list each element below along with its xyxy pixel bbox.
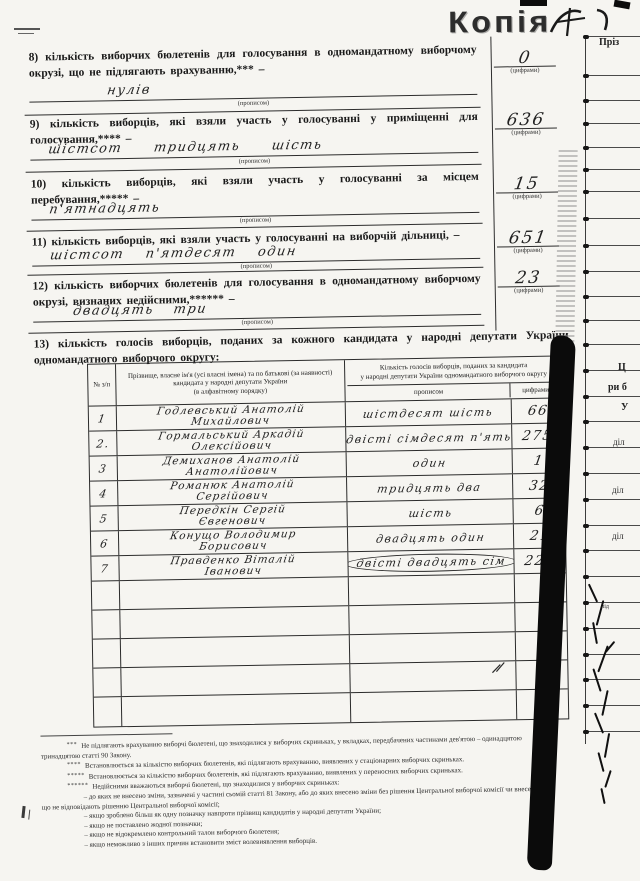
- item-10-digits: 15 (цифрами): [496, 173, 558, 200]
- adjacent-page-text-fragment: Пріз: [599, 37, 619, 48]
- adjacent-row-line: [586, 147, 640, 148]
- adjacent-row-line: [586, 344, 640, 345]
- adjacent-fragment: діл: [612, 485, 624, 495]
- item-12-digits: 23 (цифрами): [497, 267, 559, 294]
- adjacent-fragment: діл: [613, 437, 625, 447]
- adjacent-row-line: [586, 218, 640, 219]
- candidate-name: Конущо Володимир Борисович: [119, 527, 348, 555]
- adjacent-row-line: [586, 421, 640, 422]
- item-11-digits: 651 (цифрами): [497, 227, 559, 254]
- candidate-name: Гормальський Аркадій Олексійович: [117, 427, 346, 455]
- pen-circle: двісті двадцять сім: [348, 552, 515, 573]
- scan-binding-shadow: [555, 150, 577, 342]
- header-num: № з/п: [88, 364, 117, 405]
- adjacent-row-line: [586, 296, 640, 297]
- adjacent-row-line: [586, 100, 640, 101]
- adjacent-row-line: [586, 320, 640, 321]
- adjacent-row-line: [586, 169, 640, 170]
- candidate-name: Романюк Анатолій Сергійович: [118, 477, 347, 505]
- adjacent-row-line: [586, 679, 640, 680]
- adjacent-page-edge: [585, 36, 586, 744]
- header-votes: Кількість голосів виборців, поданих за к…: [345, 356, 563, 401]
- item-9-digits: 636 (цифрами): [495, 109, 557, 136]
- adjacent-row-line: [586, 36, 640, 37]
- adjacent-row-line: [586, 123, 640, 124]
- adjacent-row-line: [586, 370, 640, 371]
- adjacent-row-line: [586, 576, 640, 577]
- adjacent-row-line: [586, 447, 640, 448]
- adjacent-row-line: [586, 191, 640, 192]
- candidate-name: Правденко Віталій Іванович: [119, 552, 348, 580]
- adjacent-fragment: У: [621, 402, 628, 413]
- adjacent-row-line: [586, 473, 640, 474]
- item-8-digits: 0 (цифрами): [494, 47, 556, 74]
- pen-tick-mark: [490, 660, 508, 674]
- adjacent-row-line: [586, 245, 640, 246]
- adjacent-row-line: [586, 75, 640, 76]
- footnote-separator: [40, 733, 172, 736]
- adjacent-row-line: [586, 396, 640, 397]
- adjacent-row-line: [586, 525, 640, 526]
- adjacent-row-line: [586, 602, 640, 603]
- adjacent-row-line: [586, 705, 640, 706]
- adjacent-row-line: [586, 654, 640, 655]
- adjacent-row-line: [586, 731, 640, 732]
- adjacent-row-line: [586, 271, 640, 272]
- adjacent-row-line: [586, 499, 640, 500]
- candidate-name: Годлевський Анатолій Михайлович: [117, 402, 346, 430]
- adjacent-row-line: [586, 550, 640, 551]
- header-words: прописом: [347, 383, 510, 400]
- adjacent-fragment: діл: [612, 531, 624, 541]
- adjacent-fragment: ри б: [608, 382, 627, 393]
- header-name: Прізвище, власне ім'я (усі власні імена)…: [116, 360, 346, 405]
- scanned-protocol-page: Копія 8) кількість виборчих бюлетенів дл…: [0, 0, 640, 881]
- candidate-name: Передкін Сергій Євгенович: [118, 502, 347, 530]
- header-votes-title: Кількість голосів виборців, поданих за к…: [347, 357, 560, 385]
- item-8-text: 8) кількість виборчих бюлетенів для голо…: [29, 43, 477, 82]
- candidate-name: Демиханов Анатолій Анатолійович: [117, 452, 346, 480]
- adjacent-fragment: Ц: [618, 362, 626, 373]
